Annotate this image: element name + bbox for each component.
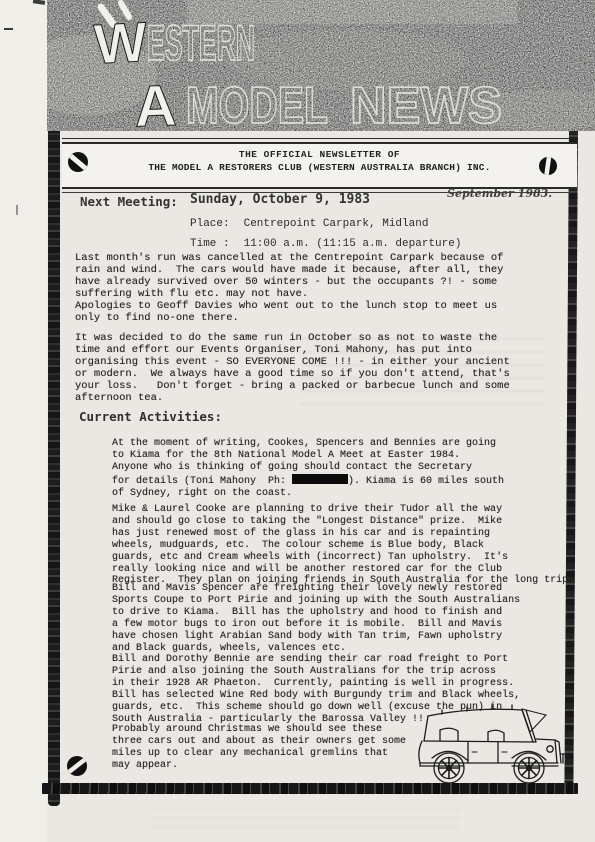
banner-line1: THE OFFICIAL NEWSLETTER OF xyxy=(62,149,577,160)
bleed-through-smudge xyxy=(150,808,460,828)
next-meeting-date: Sunday, October 9, 1983 xyxy=(190,192,370,207)
masthead-initial-a: A xyxy=(133,73,177,131)
diagonal-striped-circle-icon xyxy=(67,151,89,173)
section-heading-current-activities: Current Activities: xyxy=(79,409,222,424)
paragraph-october-run: It was decided to do the same run in Oct… xyxy=(75,333,510,404)
meeting-place-row: Place:Centrepoint Carpark, Midland xyxy=(190,218,428,230)
redacted-phone-number xyxy=(292,474,348,484)
diagonal-striped-circle-icon xyxy=(66,755,88,777)
place-label: Place: xyxy=(190,218,230,230)
place-value: Centrepoint Carpark, Midland xyxy=(244,218,429,230)
issue-date: September 1983. xyxy=(447,187,577,200)
bottom-border-bar xyxy=(42,783,578,794)
paragraph-cooke: Mike & Laurel Cooke are planning to driv… xyxy=(112,504,574,587)
banner-line2: THE MODEL A RESTORERS CLUB (WESTERN AUST… xyxy=(62,162,577,173)
scan-edge-bar xyxy=(564,129,578,792)
paragraph-cancelled-run: Last month's run was cancelled at the Ce… xyxy=(75,253,503,324)
paragraph-kiama-meet: At the moment of writing, Cookes, Spence… xyxy=(112,438,504,500)
paragraph-spencer: Bill and Mavis Spencer are freighting th… xyxy=(112,583,520,654)
masthead-art: W ESTERN A MODEL NEWS xyxy=(47,0,595,131)
paragraph-christmas: Probably around Christmas we should see … xyxy=(112,724,406,772)
masthead-word-news: NEWS xyxy=(350,77,502,131)
masthead-initial-w: W xyxy=(93,10,149,76)
newsletter-page: W ESTERN A MODEL NEWS THE OFFICIAL NEWSL… xyxy=(0,0,595,842)
banner: THE OFFICIAL NEWSLETTER OF THE MODEL A R… xyxy=(62,142,577,189)
masthead: W ESTERN A MODEL NEWS xyxy=(47,0,595,131)
time-value: 11:00 a.m. (11:15 a.m. departure) xyxy=(244,238,462,250)
scanner-margin xyxy=(0,0,47,842)
masthead-word-estern: ESTERN xyxy=(147,15,255,71)
meeting-time-row: Time :11:00 a.m. (11:15 a.m. departure) xyxy=(190,238,461,250)
model-a-car-drawing xyxy=(412,694,567,786)
next-meeting-label: Next Meeting: xyxy=(80,194,178,209)
vertical-striped-circle-icon xyxy=(538,156,558,176)
scan-mark xyxy=(4,28,13,30)
masthead-word-model: MODEL xyxy=(186,77,328,131)
time-label: Time : xyxy=(190,238,230,250)
scan-mark xyxy=(16,205,18,215)
